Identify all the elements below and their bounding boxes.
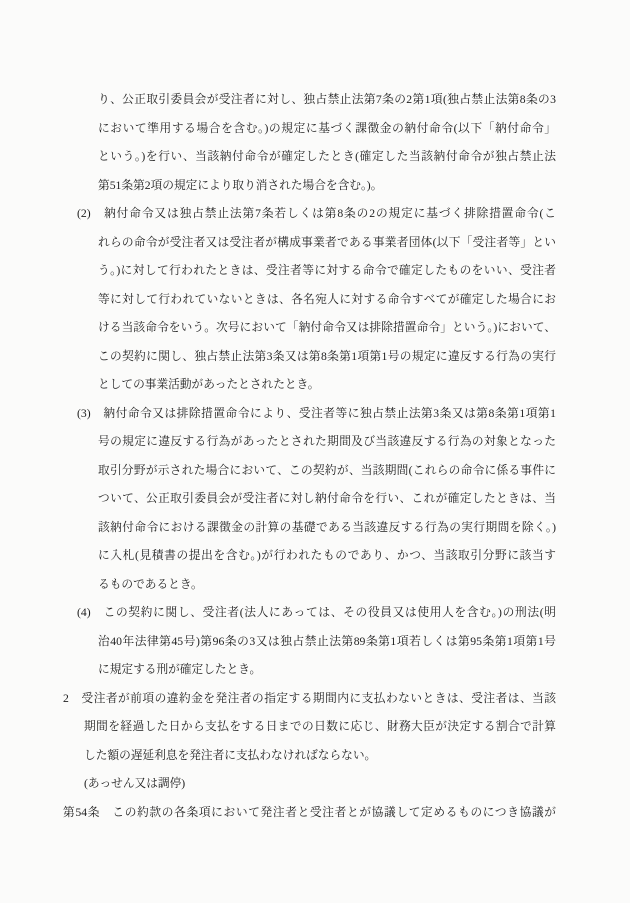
doc-line-11: としての事業活動があったとされたとき。 xyxy=(0,371,630,400)
doc-line-13: 号の規定に違反する行為があったとされた期間及び当該違反する行為の対象となった xyxy=(0,428,630,457)
doc-line-6: れらの命令が受注者又は受注者が構成事業者である事業者団体(以下「受注者等」とい xyxy=(0,229,630,258)
doc-line-9: ける当該命令をいう。次号において「納付命令又は排除措置命令」という。)において、 xyxy=(0,314,630,343)
doc-line-26: 第54条 この約款の各条項において発注者と受注者とが協議して定めるものにつき協議… xyxy=(0,799,630,828)
doc-line-15: ついて、公正取引委員会が受注者に対し納付命令を行い、これが確定したときは、当 xyxy=(0,485,630,514)
doc-line-21: に規定する刑が確定したとき。 xyxy=(0,656,630,685)
doc-line-24: した額の遅延利息を発注者に支払わなければならない。 xyxy=(0,742,630,771)
doc-line-10: この契約に関し、独占禁止法第3条又は第8条第1項第1号の規定に違反する行為の実行 xyxy=(0,343,630,372)
doc-line-1: り、公正取引委員会が受注者に対し、独占禁止法第7条の2第1項(独占禁止法第8条の… xyxy=(0,86,630,115)
doc-line-16: 該納付命令における課徴金の計算の基礎である当該違反する行為の実行期間を除く。) xyxy=(0,514,630,543)
doc-line-12: (3) 納付命令又は排除措置命令により、受注者等に独占禁止法第3条又は第8条第1… xyxy=(0,400,630,429)
doc-line-8: 等に対して行われていないときは、各名宛人に対する命令すべてが確定した場合にお xyxy=(0,286,630,315)
doc-line-7: う。)に対して行われたときは、受注者等に対する命令で確定したものをいい、受注者 xyxy=(0,257,630,286)
doc-line-23: 期間を経過した日から支払をする日までの日数に応じ、財務大臣が決定する割合で計算 xyxy=(0,713,630,742)
doc-line-20: 治40年法律第45号)第96条の3又は独占禁止法第89条第1項若しくは第95条第… xyxy=(0,628,630,657)
document-page: り、公正取引委員会が受注者に対し、独占禁止法第7条の2第1項(独占禁止法第8条の… xyxy=(0,0,630,903)
doc-line-25: (あっせん又は調停) xyxy=(0,770,630,799)
doc-line-14: 取引分野が示された場合において、この契約が、当該期間(これらの命令に係る事件に xyxy=(0,457,630,486)
doc-line-4: 第51条第2項の規定により取り消された場合を含む。)。 xyxy=(0,172,630,201)
document-body: り、公正取引委員会が受注者に対し、独占禁止法第7条の2第1項(独占禁止法第8条の… xyxy=(0,86,630,827)
doc-line-22: 2 受注者が前項の違約金を発注者の指定する期間内に支払わないときは、受注者は、当… xyxy=(0,685,630,714)
doc-line-5: (2) 納付命令又は独占禁止法第7条若しくは第8条の2の規定に基づく排除措置命令… xyxy=(0,200,630,229)
doc-line-2: において準用する場合を含む。)の規定に基づく課徴金の納付命令(以下「納付命令」 xyxy=(0,115,630,144)
doc-line-19: (4) この契約に関し、受注者(法人にあっては、その役員又は使用人を含む。)の刑… xyxy=(0,599,630,628)
doc-line-3: という。)を行い、当該納付命令が確定したとき(確定した当該納付命令が独占禁止法 xyxy=(0,143,630,172)
doc-line-17: に入札(見積書の提出を含む。)が行われたものであり、かつ、当該取引分野に該当す xyxy=(0,542,630,571)
doc-line-18: るものであるとき。 xyxy=(0,571,630,600)
